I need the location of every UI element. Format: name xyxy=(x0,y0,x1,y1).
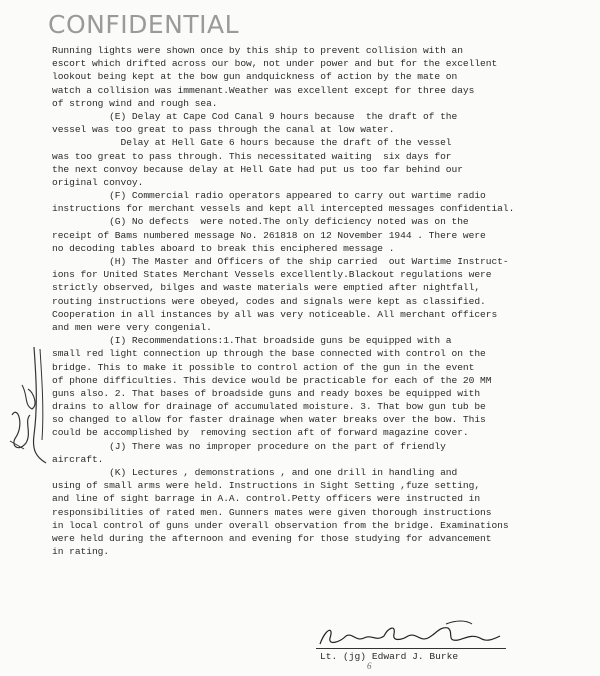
text-line: the next convoy because delay at Hell Ga… xyxy=(52,163,572,176)
text-line: (F) Commercial radio operators appeared … xyxy=(52,189,572,202)
signature-block: Lt. (jg) Edward J. Burke xyxy=(316,618,516,668)
text-line: responsibilities of rated men. Gunners m… xyxy=(52,506,572,519)
text-line: in rating. xyxy=(52,545,572,558)
text-line: drains to allow for drainage of accumula… xyxy=(52,400,572,413)
text-line: routing instructions were obeyed, codes … xyxy=(52,295,572,308)
text-line: (G) No defects were noted.The only defic… xyxy=(52,215,572,228)
handwritten-margin-note xyxy=(4,345,56,465)
text-line: lookout being kept at the bow gun andqui… xyxy=(52,70,572,83)
text-line: could be accomplished by removing sectio… xyxy=(52,426,572,439)
text-line: Running lights were shown once by this s… xyxy=(52,44,572,57)
text-line: was too great to pass through. This nece… xyxy=(52,150,572,163)
text-line: instructions for merchant vessels and ke… xyxy=(52,202,572,215)
signature-line xyxy=(316,648,506,649)
text-line: bridge. This to make it possible to cont… xyxy=(52,361,572,374)
text-line: and men were very congenial. xyxy=(52,321,572,334)
text-line: Delay at Hell Gate 6 hours because the d… xyxy=(52,136,572,149)
text-line: original convoy. xyxy=(52,176,572,189)
typed-signature-name: Lt. (jg) Edward J. Burke xyxy=(320,651,458,662)
text-line: of phone difficulties. This device would… xyxy=(52,374,572,387)
text-line: small red light connection up through th… xyxy=(52,347,572,360)
text-line: were held during the afternoon and eveni… xyxy=(52,532,572,545)
handwritten-signature xyxy=(316,618,516,650)
text-line: vessel was too great to pass through the… xyxy=(52,123,572,136)
text-line: guns also. 2. That bases of broadside gu… xyxy=(52,387,572,400)
text-line: of strong wind and rough sea. xyxy=(52,97,572,110)
text-line: ions for United States Merchant Vessels … xyxy=(52,268,572,281)
text-line: (E) Delay at Cape Cod Canal 9 hours beca… xyxy=(52,110,572,123)
text-line: in local control of guns under overall o… xyxy=(52,519,572,532)
text-line: Cooperation in all instances by all was … xyxy=(52,308,572,321)
text-line: (I) Recommendations:1.That broadside gun… xyxy=(52,334,572,347)
page-number: 6 xyxy=(367,661,372,671)
text-line: receipt of Bams numbered message No. 261… xyxy=(52,229,572,242)
text-line: (J) There was no improper procedure on t… xyxy=(52,440,572,453)
text-line: so changed to allow for faster drainage … xyxy=(52,413,572,426)
text-line: and line of sight barrage in A.A. contro… xyxy=(52,492,572,505)
text-line: escort which drifted across our bow, not… xyxy=(52,57,572,70)
text-line: (K) Lectures , demonstrations , and one … xyxy=(52,466,572,479)
text-line: no decoding tables aboard to break this … xyxy=(52,242,572,255)
text-line: strictly observed, bilges and waste mate… xyxy=(52,281,572,294)
text-line: using of small arms were held. Instructi… xyxy=(52,479,572,492)
text-line: (H) The Master and Officers of the ship … xyxy=(52,255,572,268)
confidential-stamp: CONFIDENTIAL xyxy=(48,10,239,39)
text-line: aircraft. xyxy=(52,453,572,466)
text-line: watch a collision was immenant.Weather w… xyxy=(52,84,572,97)
report-body: Running lights were shown once by this s… xyxy=(52,44,572,558)
